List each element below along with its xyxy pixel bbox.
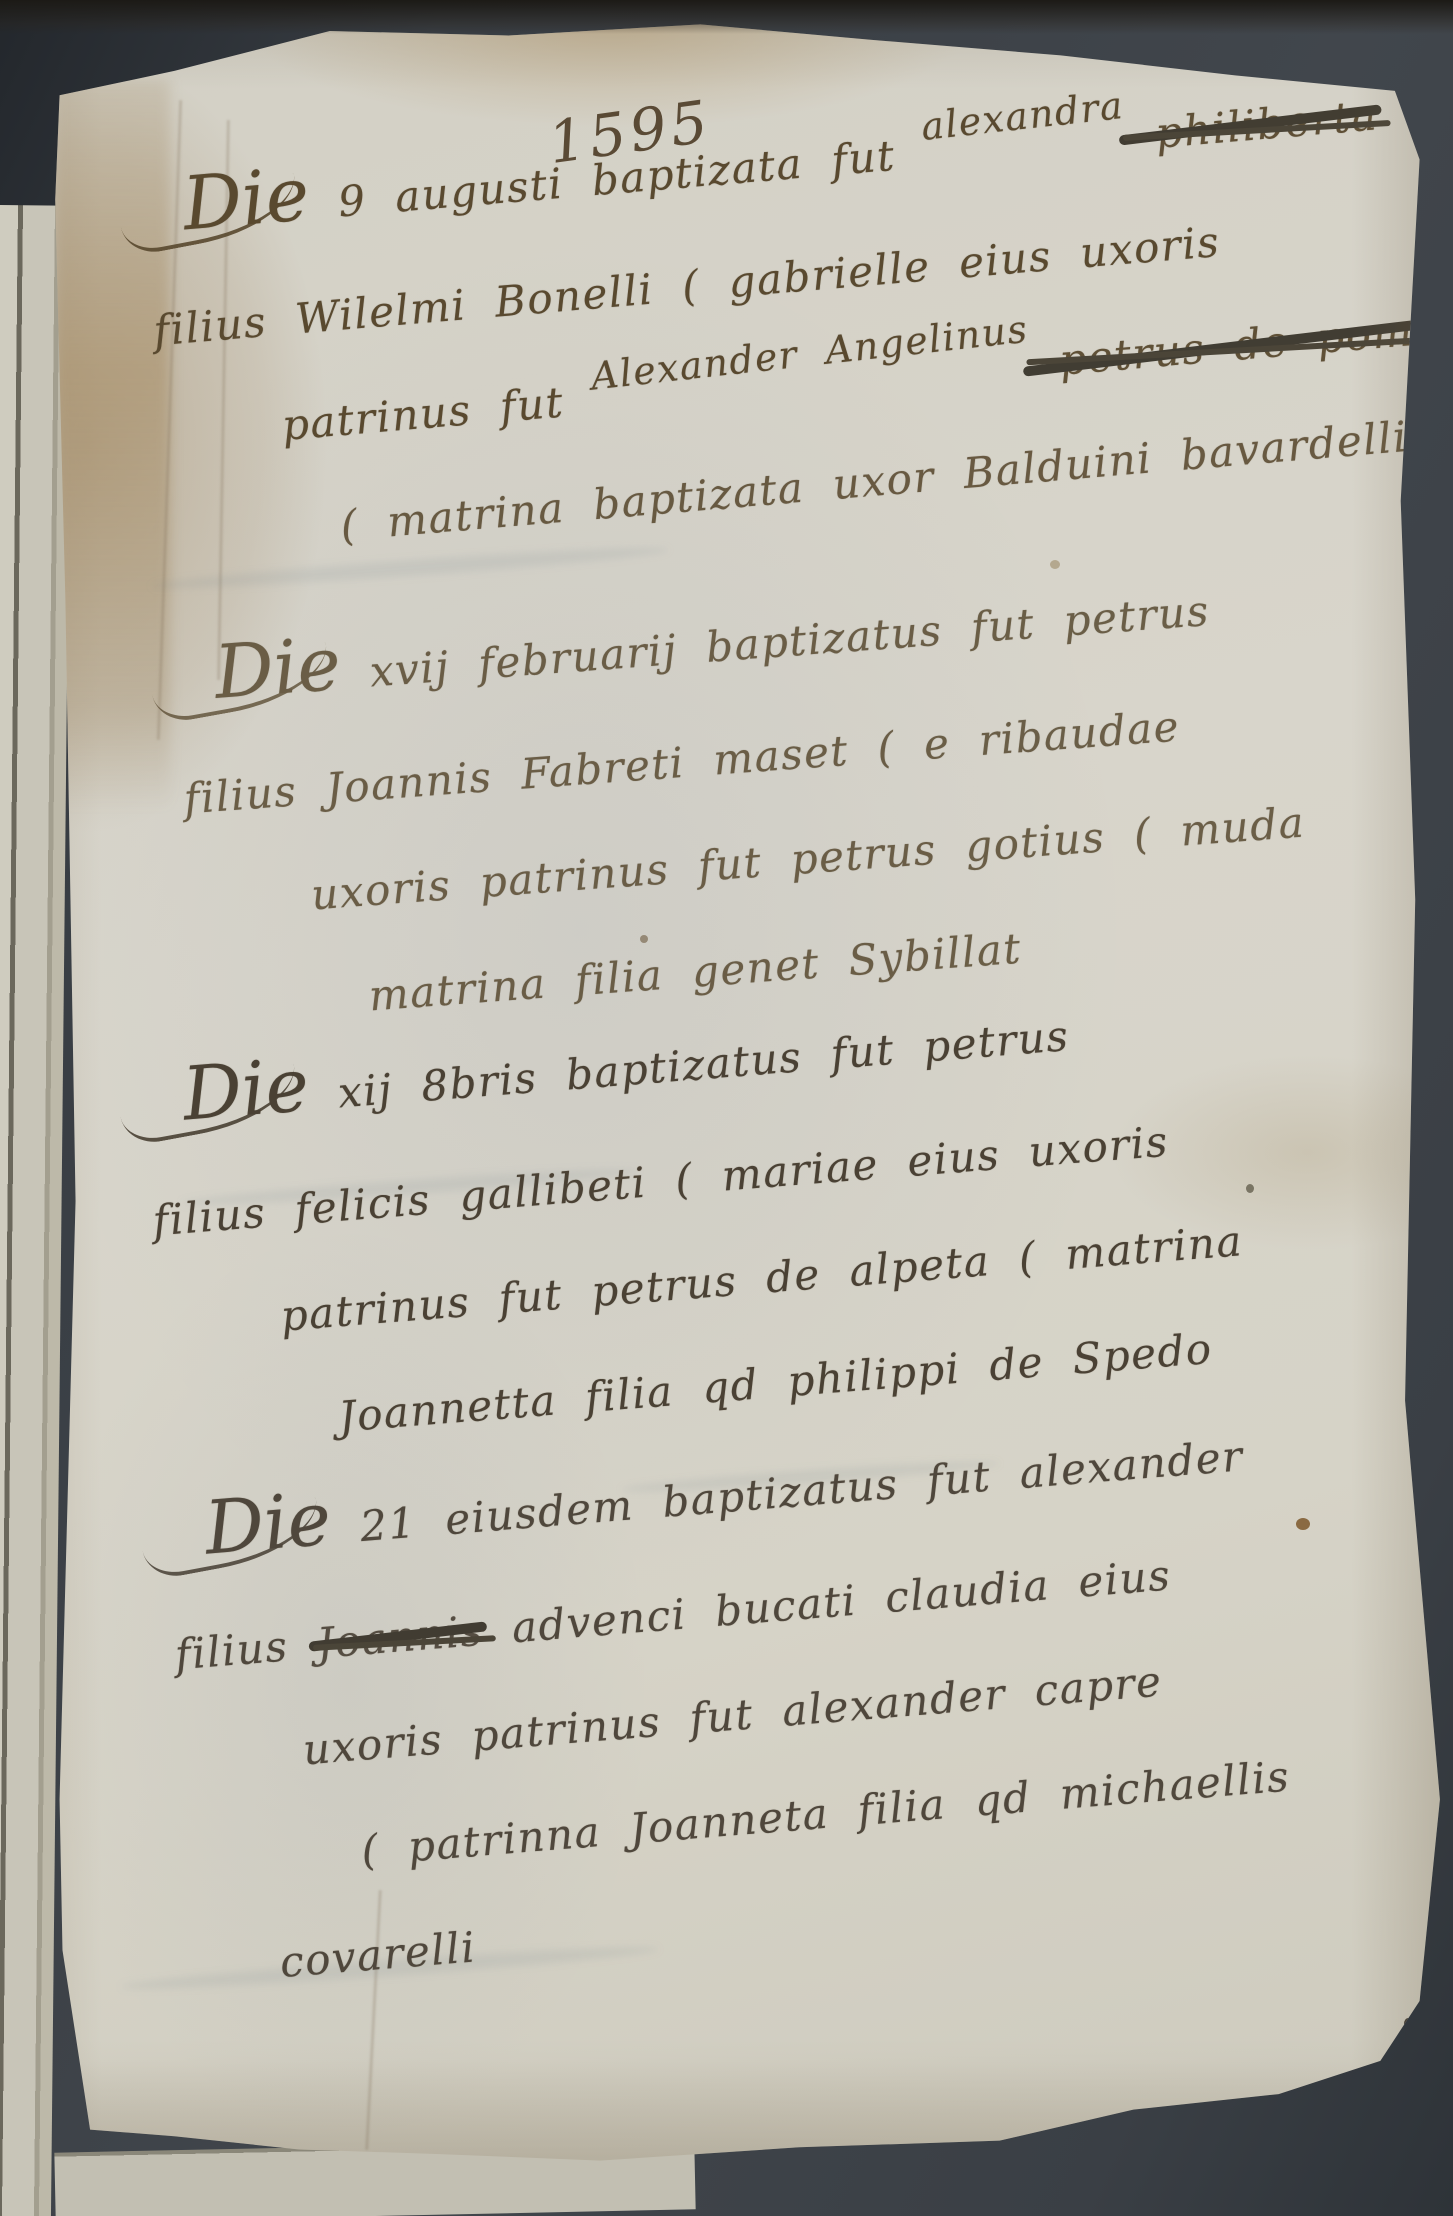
handwritten-text: Die [212,622,344,716]
baptism-entry-4: Die 21 eiusdem baptizatus fut alexanderf… [162,1392,1453,2051]
handwritten-text: ( matrina baptizata uxor Balduini bavard… [339,412,1410,550]
handwritten-text: ( patrinna Joanneta filia qd michaellis [359,1752,1291,1876]
handwritten-text: Die [180,152,313,247]
handwritten-text: uxoris patrinus fut petrus gotius ( muda [310,798,1307,920]
interlinear-insertion: alexandra [920,84,1127,148]
interlinear-insertion: Alexander Angelinus [588,308,1030,398]
manuscript-line: ( patrinna Joanneta filia qd michaellis [360,1741,1440,1874]
handwritten-text: Die [202,1477,334,1572]
handwritten-text: Die [180,1043,312,1138]
handwritten-text: filius felicis gallibeti ( mariae eius u… [151,1117,1170,1246]
handwritten-text: patrinus fut petrus de alpeta ( matrina [279,1216,1245,1341]
handwritten-text-layer: 1595 Die 9 augusti baptizata fut alexand… [0,0,1453,2216]
handwritten-text: filius [173,1619,319,1679]
handwritten-text: patrinus fut [280,375,595,450]
struck-out-text: petrus de pomarolo [1029,297,1453,388]
manuscript-page: 1595 Die 9 augusti baptizata fut alexand… [0,0,1453,2216]
handwritten-text: 9 augusti baptizata fut [308,128,926,228]
baptism-entry-1: Die 9 augusti baptizata fut alexandra ph… [140,63,1424,621]
manuscript-line: ( matrina baptizata uxor Balduini bavard… [339,413,1419,550]
handwritten-text: uxoris patrinus fut alexander capre [301,1657,1164,1775]
manuscript-line: patrinus fut petrus de alpeta ( matrina [279,1205,1409,1341]
handwritten-text: advenci bucati claudia eius [481,1551,1173,1655]
struck-out-text: Joannis [315,1606,485,1668]
underlying-page-edges [0,205,72,2216]
archival-photo: { "document": { "year_heading": "1595", … [0,0,1453,2216]
manuscript-line: uxoris patrinus fut petrus gotius ( muda [310,789,1440,919]
handwritten-text: filius Joannis Fabreti maset ( e ribauda… [182,702,1181,824]
struck-out-text: philiberta [1125,90,1380,160]
handwritten-text: covarelli [278,1923,478,1988]
handwritten-text: xvij februarij baptizatus fut petrus [339,586,1211,699]
